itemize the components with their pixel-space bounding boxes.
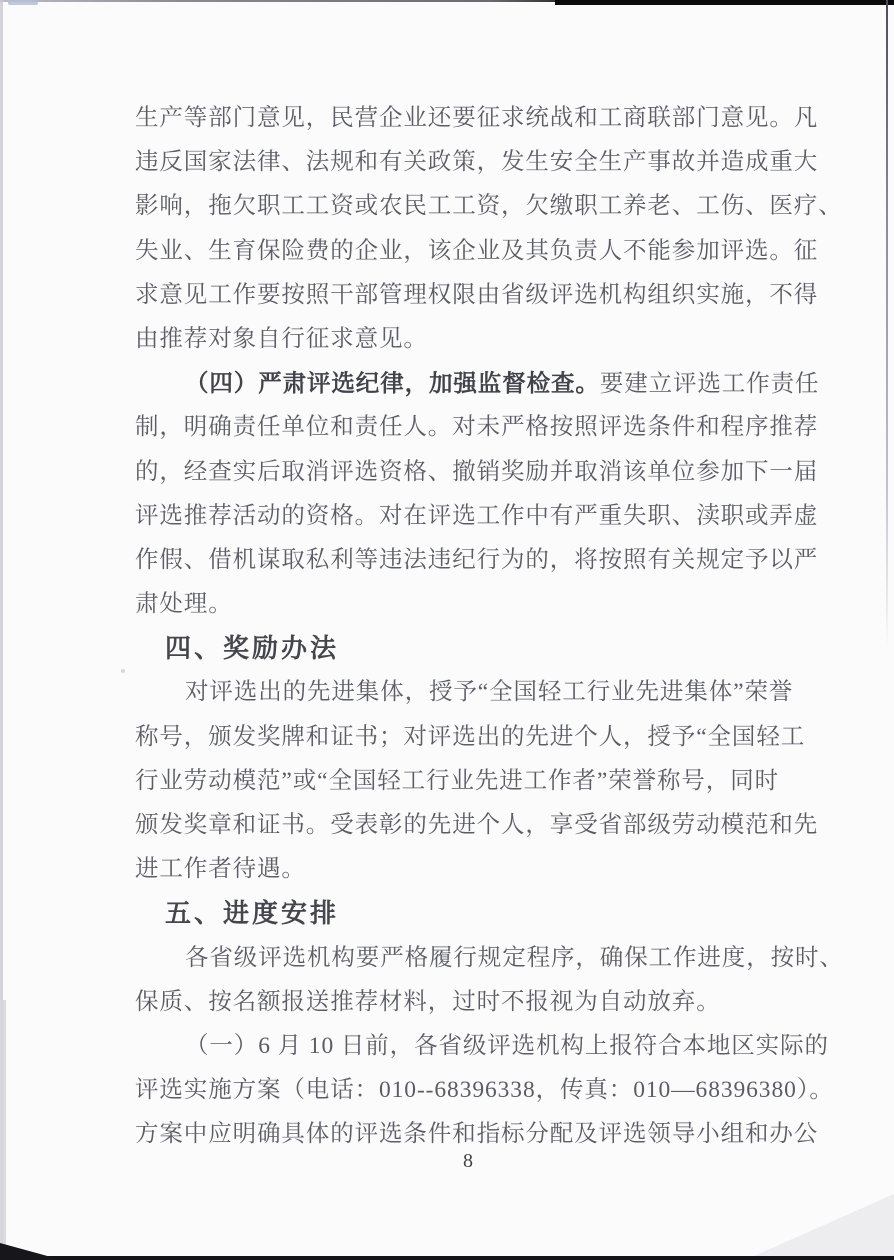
text-segment: 颁发奖章和证书。受表彰的先进个人，享受省部级劳动模范和先: [135, 812, 818, 838]
text-line: 影响，拖欠职工工资或农民工工资，欠缴职工养老、工伤、医疗、: [135, 184, 835, 228]
text-line: （四）严肃评选纪律，加强监督检查。要建立评选工作责任: [135, 361, 835, 405]
scan-artifact-left-lower-edge: [0, 1000, 6, 1260]
text-segment: 作假、借机谋取私利等违法违纪行为的，将按照有关规定予以严: [135, 547, 818, 573]
text-line: 肃处理。: [135, 582, 835, 626]
text-segment: 对评选出的先进集体，授予“全国轻工行业先进集体”荣誉: [185, 679, 793, 705]
scan-artifact-speck: [121, 669, 125, 673]
text-line: 的，经查实后取消评选资格、撤销奖励并取消该单位参加下一届: [135, 450, 835, 494]
text-segment: 要建立评选工作责任: [600, 371, 820, 397]
page-number: 8: [21, 1150, 894, 1173]
text-line: 失业、生育保险费的企业，该企业及其负责人不能参加评选。征: [135, 229, 835, 273]
text-segment: 行业劳动模范”或“全国轻工行业先进工作者”荣誉称号，同时: [135, 768, 779, 794]
scan-artifact-top-edge: [0, 0, 894, 2]
text-line: 各省级评选机构要严格履行规定程序，确保工作进度，按时、: [135, 936, 835, 980]
text-line: 违反国家法律、法规和有关政策，发生安全生产事故并造成重大: [135, 140, 835, 184]
text-segment: 方案中应明确具体的评选条件和指标分配及评选领导小组和办公: [135, 1121, 818, 1147]
text-segment: 由推荐对象自行征求意见。: [135, 326, 428, 352]
document-text-block: 生产等部门意见，民营企业还要征求统战和工商联部门意见。凡违反国家法律、法规和有关…: [135, 96, 835, 1157]
scanned-document-page: 生产等部门意见，民营企业还要征求统战和工商联部门意见。凡违反国家法律、法规和有关…: [0, 0, 894, 1260]
text-line: 作假、借机谋取私利等违法违纪行为的，将按照有关规定予以严: [135, 538, 835, 582]
text-segment: 违反国家法律、法规和有关政策，发生安全生产事故并造成重大: [135, 149, 818, 175]
text-segment: （一）6 月 10 日前，各省级评选机构上报符合本地区实际的: [185, 1033, 829, 1059]
section-heading: 四、奖励办法: [135, 626, 835, 670]
bold-text-segment: 四、奖励办法: [165, 633, 339, 663]
text-line: 保质、按名额报送推荐材料，过时不报视为自动放弃。: [135, 980, 835, 1024]
text-line: 评选实施方案（电话：010--68396338，传真：010—68396380）…: [135, 1068, 835, 1112]
text-line: 评选推荐活动的资格。对在评选工作中有严重失职、渎职或弄虚: [135, 494, 835, 538]
scan-artifact-top-left-mark: [8, 0, 38, 5]
scan-artifact-left-edge: [0, 0, 3, 1260]
text-line: 行业劳动模范”或“全国轻工行业先进工作者”荣誉称号，同时: [135, 759, 835, 803]
scan-artifact-bottom-left-corner: [0, 1243, 62, 1260]
text-segment: 生产等部门意见，民营企业还要征求统战和工商联部门意见。凡: [135, 105, 818, 131]
text-line: 生产等部门意见，民营企业还要征求统战和工商联部门意见。凡: [135, 96, 835, 140]
text-line: 称号，颁发奖牌和证书；对评选出的先进个人，授予“全国轻工: [135, 715, 835, 759]
text-segment: 制，明确责任单位和责任人。对未严格按照评选条件和程序推荐: [135, 414, 818, 440]
bold-text-segment: 五、进度安排: [165, 898, 339, 928]
text-segment: 进工作者待遇。: [135, 856, 306, 882]
text-segment: 保质、按名额报送推荐材料，过时不报视为自动放弃。: [135, 989, 721, 1015]
text-line: 对评选出的先进集体，授予“全国轻工行业先进集体”荣誉: [135, 670, 835, 714]
text-line: 由推荐对象自行征求意见。: [135, 317, 835, 361]
text-segment: 肃处理。: [135, 591, 233, 617]
scan-artifact-bottom-right-shade: [754, 1194, 894, 1256]
text-line: 求意见工作要按照干部管理权限由省级评选机构组织实施，不得: [135, 273, 835, 317]
text-segment: 求意见工作要按照干部管理权限由省级评选机构组织实施，不得: [135, 282, 818, 308]
text-segment: 称号，颁发奖牌和证书；对评选出的先进个人，授予“全国轻工: [135, 724, 805, 750]
text-segment: 影响，拖欠职工工资或农民工工资，欠缴职工养老、工伤、医疗、: [135, 193, 843, 219]
text-segment: 评选实施方案（电话：010--68396338，传真：010—68396380）…: [135, 1077, 834, 1103]
scan-artifact-top-right-black-edge: [555, 0, 894, 5]
scan-artifact-right-edge: [886, 0, 888, 650]
scan-artifact-bottom-edge: [0, 1256, 894, 1260]
text-line: 颁发奖章和证书。受表彰的先进个人，享受省部级劳动模范和先: [135, 803, 835, 847]
text-segment: 各省级评选机构要严格履行规定程序，确保工作进度，按时、: [185, 945, 844, 971]
bold-text-segment: （四）严肃评选纪律，加强监督检查。: [185, 370, 600, 396]
text-segment: 评选推荐活动的资格。对在评选工作中有严重失职、渎职或弄虚: [135, 503, 818, 529]
section-heading: 五、进度安排: [135, 891, 835, 935]
text-segment: 失业、生育保险费的企业，该企业及其负责人不能参加评选。征: [135, 238, 818, 264]
text-segment: 的，经查实后取消评选资格、撤销奖励并取消该单位参加下一届: [135, 459, 818, 485]
text-line: 制，明确责任单位和责任人。对未严格按照评选条件和程序推荐: [135, 405, 835, 449]
text-line: （一）6 月 10 日前，各省级评选机构上报符合本地区实际的: [135, 1024, 835, 1068]
text-line: 进工作者待遇。: [135, 847, 835, 891]
